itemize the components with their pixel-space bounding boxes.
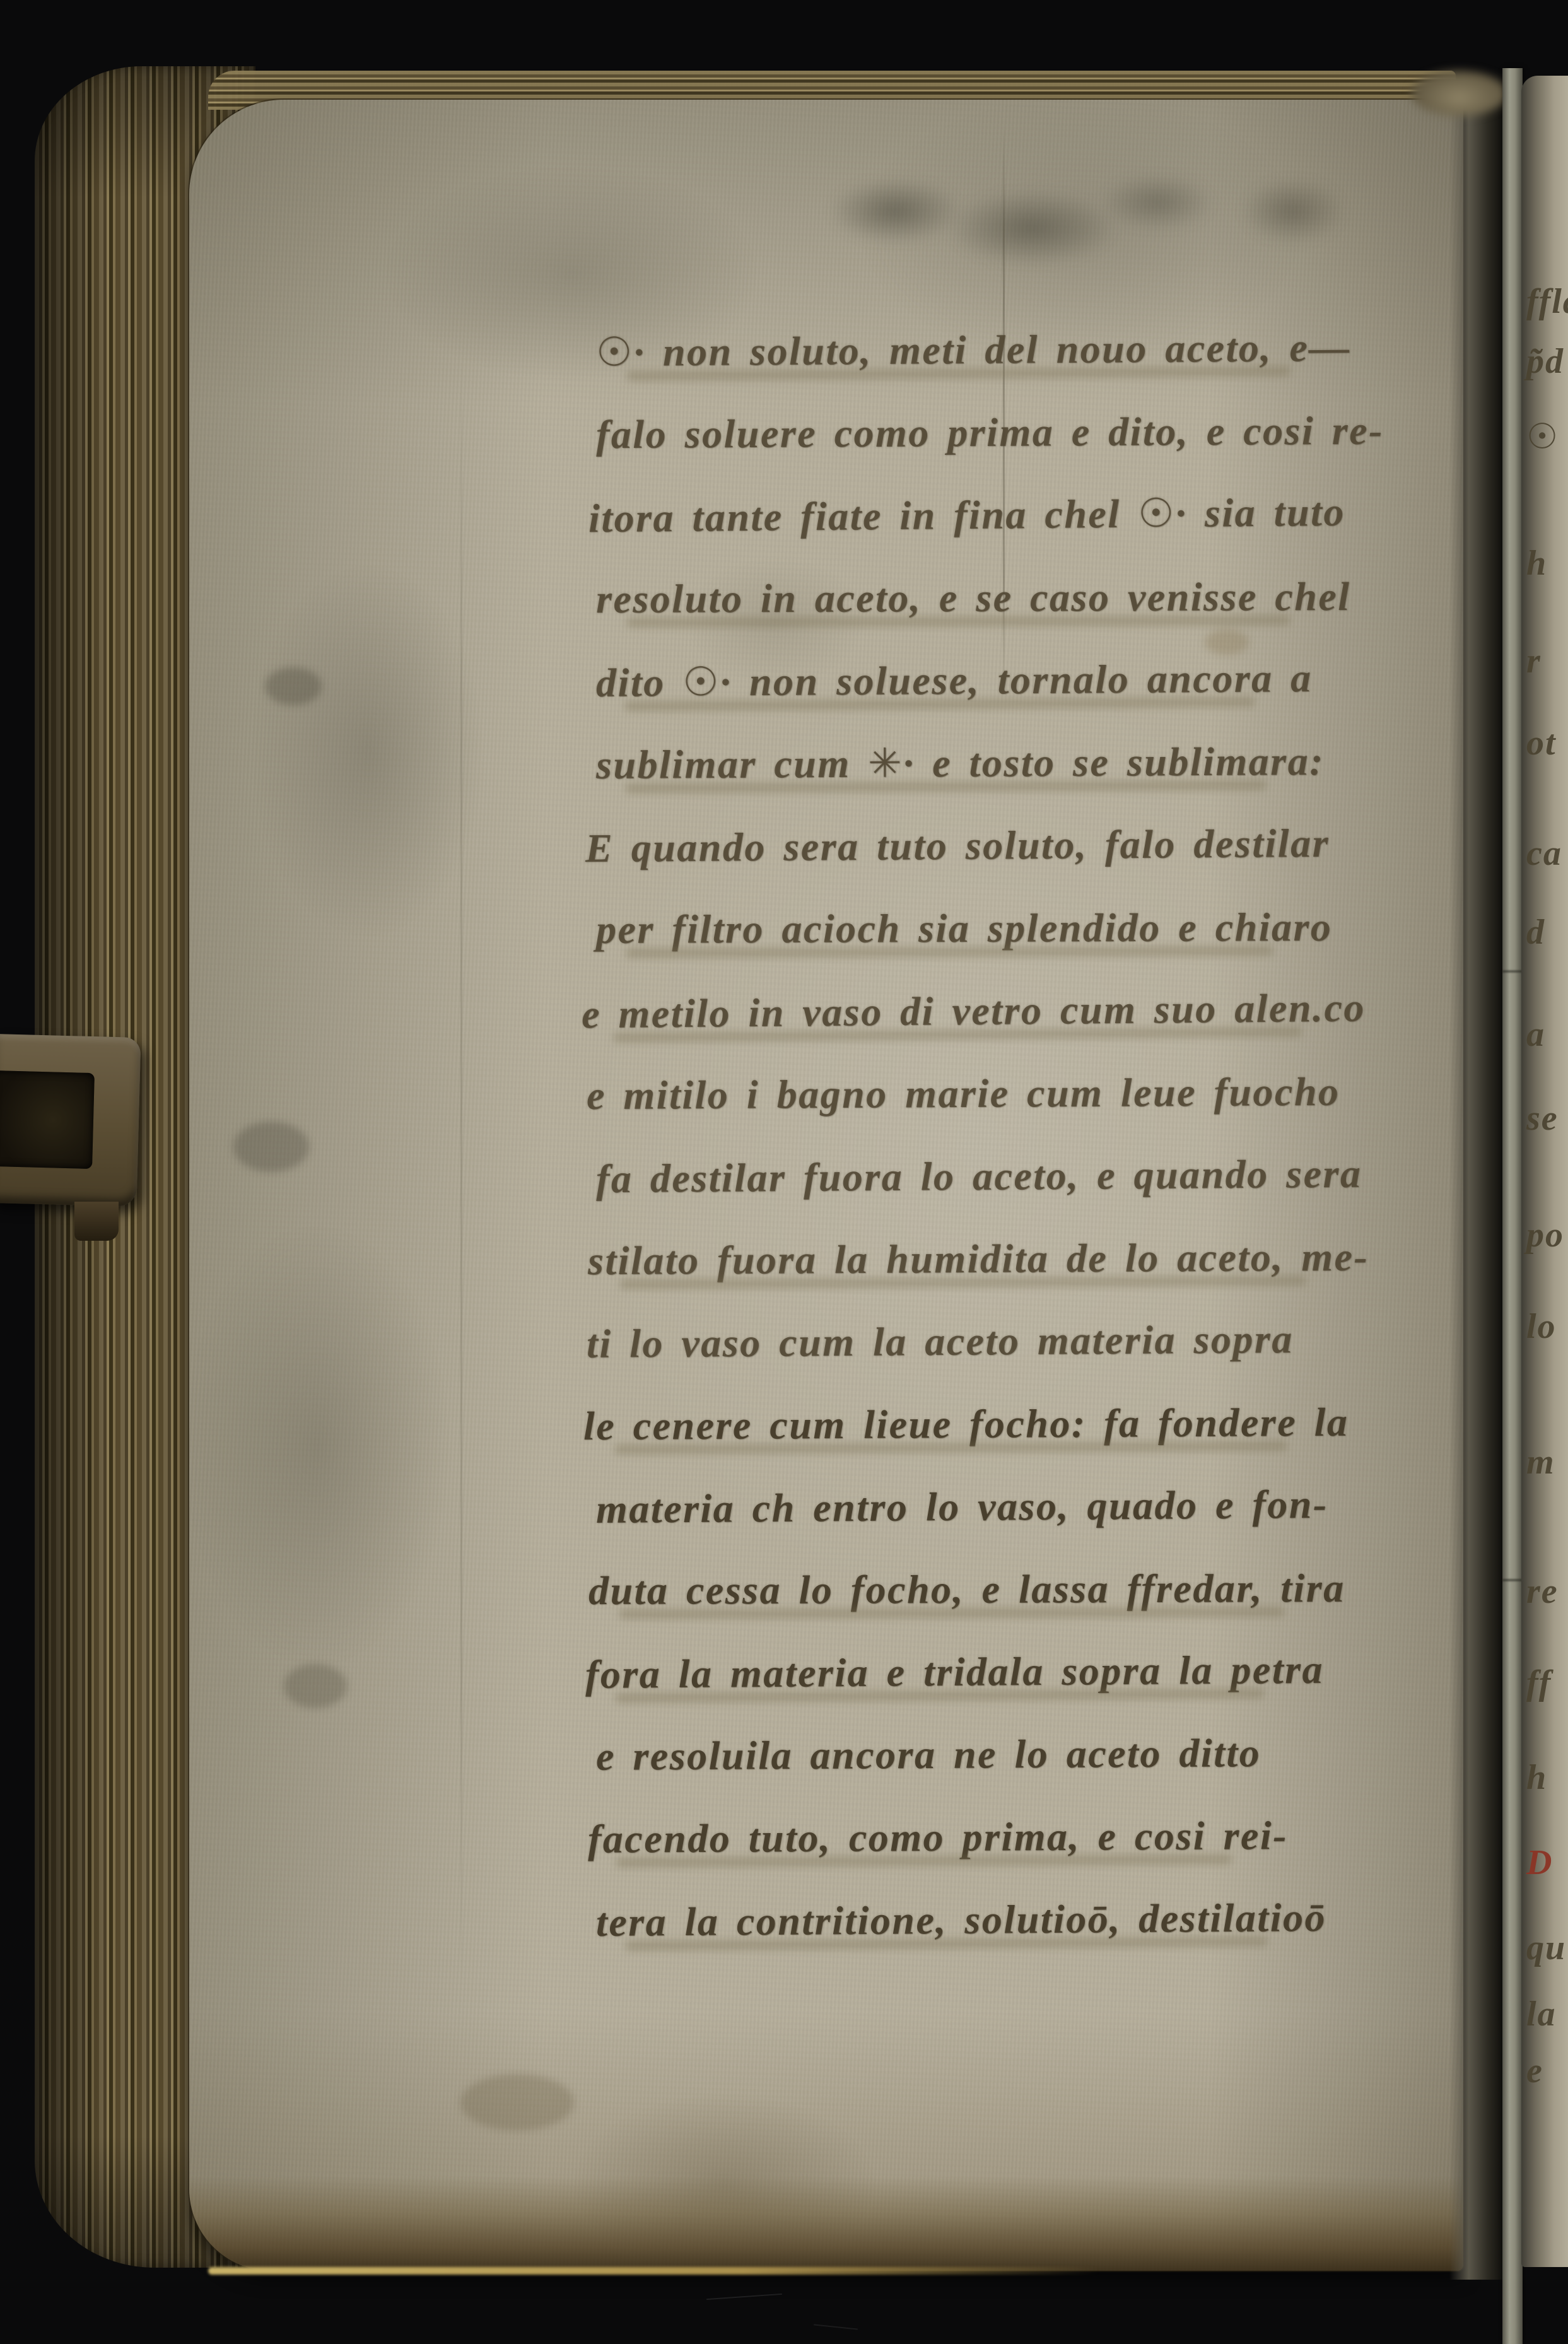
page-crease — [460, 352, 462, 1992]
facing-page-line-fragment: ca — [1526, 836, 1562, 871]
background-scratch — [814, 2324, 858, 2329]
bar-seam — [1502, 1579, 1523, 1581]
background-scratch — [706, 2294, 782, 2300]
darkened-bottom-edge — [189, 2176, 1463, 2271]
manuscript-line: stilato fuora la humidita de lo aceto, m… — [588, 1235, 1369, 1284]
manuscript-line: itora tante fiate in fina chel ☉· sia tu… — [588, 490, 1345, 541]
facing-page-line-fragment: e — [1526, 2053, 1543, 2089]
facing-page-line-fragment: h — [1526, 546, 1547, 581]
facing-page-line-fragment: se — [1526, 1101, 1559, 1136]
manuscript-line: le cenere cum lieue focho: fa fondere la — [583, 1400, 1349, 1449]
stain — [233, 1122, 309, 1172]
manuscript-line: ☉· non soluto, meti del nouo aceto, e— — [596, 325, 1351, 375]
gilt-edge-highlight — [208, 2267, 1100, 2275]
leather-clasp-strap — [0, 1034, 141, 1207]
manuscript-page: ☉· non soluto, meti del nouo aceto, e— f… — [189, 100, 1463, 2271]
facing-page-line-fragment: r — [1526, 643, 1542, 679]
bar-seam — [1502, 970, 1523, 973]
manuscript-line: e mitilo i bagno marie cum leue fuocho — [587, 1070, 1340, 1118]
manuscript-line: e resoluila ancora ne lo aceto ditto — [596, 1731, 1261, 1779]
manuscript-photo: ☉· non soluto, meti del nouo aceto, e— f… — [0, 0, 1568, 2344]
manuscript-line: falo soluere como prima e dito, e cosi r… — [596, 409, 1384, 457]
damaged-edge-fuzz — [1412, 71, 1507, 116]
facing-recto-page: ffla p̃d ☉ h r ot ca d a se po lo m re f… — [1521, 76, 1568, 2267]
facing-page-line-fragment: m — [1526, 1444, 1555, 1480]
manuscript-line: E quando sera tuto soluto, falo destilar — [585, 821, 1330, 871]
erased-heading-smudge — [833, 134, 1356, 305]
stain — [1205, 630, 1249, 655]
facing-page-line-fragment: p̃d — [1526, 344, 1564, 379]
manuscript-line: duta cessa lo focho, e lassa ffredar, ti… — [588, 1566, 1345, 1614]
gutter-shadow — [1449, 93, 1505, 2280]
manuscript-line: resoluto in aceto, e se caso venisse che… — [596, 575, 1351, 622]
manuscript-line: fora la materia e tridala sopra la petra — [585, 1648, 1324, 1697]
facing-page-line-fragment: a — [1526, 1017, 1545, 1052]
cradle-strap-bar — [1502, 68, 1523, 2344]
facing-page-line-fragment: qu — [1526, 1930, 1566, 1966]
facing-page-line-fragment: ff — [1526, 1665, 1552, 1701]
facing-page-line-fragment: lo — [1526, 1309, 1557, 1344]
strap-shadow-tail — [74, 1202, 119, 1241]
facing-page-line-fragment: ☉ — [1526, 419, 1559, 455]
stain — [460, 2074, 574, 2131]
facing-page-line-fragment: ot — [1526, 725, 1557, 761]
facing-page-line-fragment: ffla — [1526, 284, 1568, 319]
manuscript-line: tera la contritione, solutioō, destilati… — [596, 1896, 1326, 1945]
stain — [284, 1664, 347, 1708]
manuscript-line: per filtro acioch sia splendido e chiaro — [596, 905, 1333, 952]
manuscript-line: e metilo in vaso di vetro cum suo alen.c… — [582, 986, 1366, 1037]
strap-buckle-hole — [0, 1070, 95, 1169]
facing-page-line-fragment: re — [1526, 1574, 1559, 1609]
facing-page-line-fragment: po — [1526, 1217, 1564, 1253]
manuscript-line: materia ch entro lo vaso, quado e fon- — [596, 1482, 1328, 1532]
facing-page-line-fragment: h — [1526, 1760, 1547, 1795]
manuscript-line: ti lo vaso cum la aceto materia sopra — [587, 1317, 1294, 1366]
manuscript-line: fa destilar fuora lo aceto, e quando ser… — [596, 1152, 1362, 1202]
facing-page-line-fragment: d — [1526, 915, 1545, 950]
manuscript-line: facendo tuto, como prima, e cosi rei- — [588, 1814, 1288, 1861]
manuscript-line: dito ☉· non soluese, tornalo ancora a — [596, 656, 1313, 705]
facing-page-rubric-initial: D — [1526, 1845, 1553, 1880]
facing-page-line-fragment: la — [1526, 1996, 1557, 2032]
manuscript-line: sublimar cum ✳· e tosto se sublimara: — [596, 739, 1325, 787]
stain — [265, 667, 322, 705]
